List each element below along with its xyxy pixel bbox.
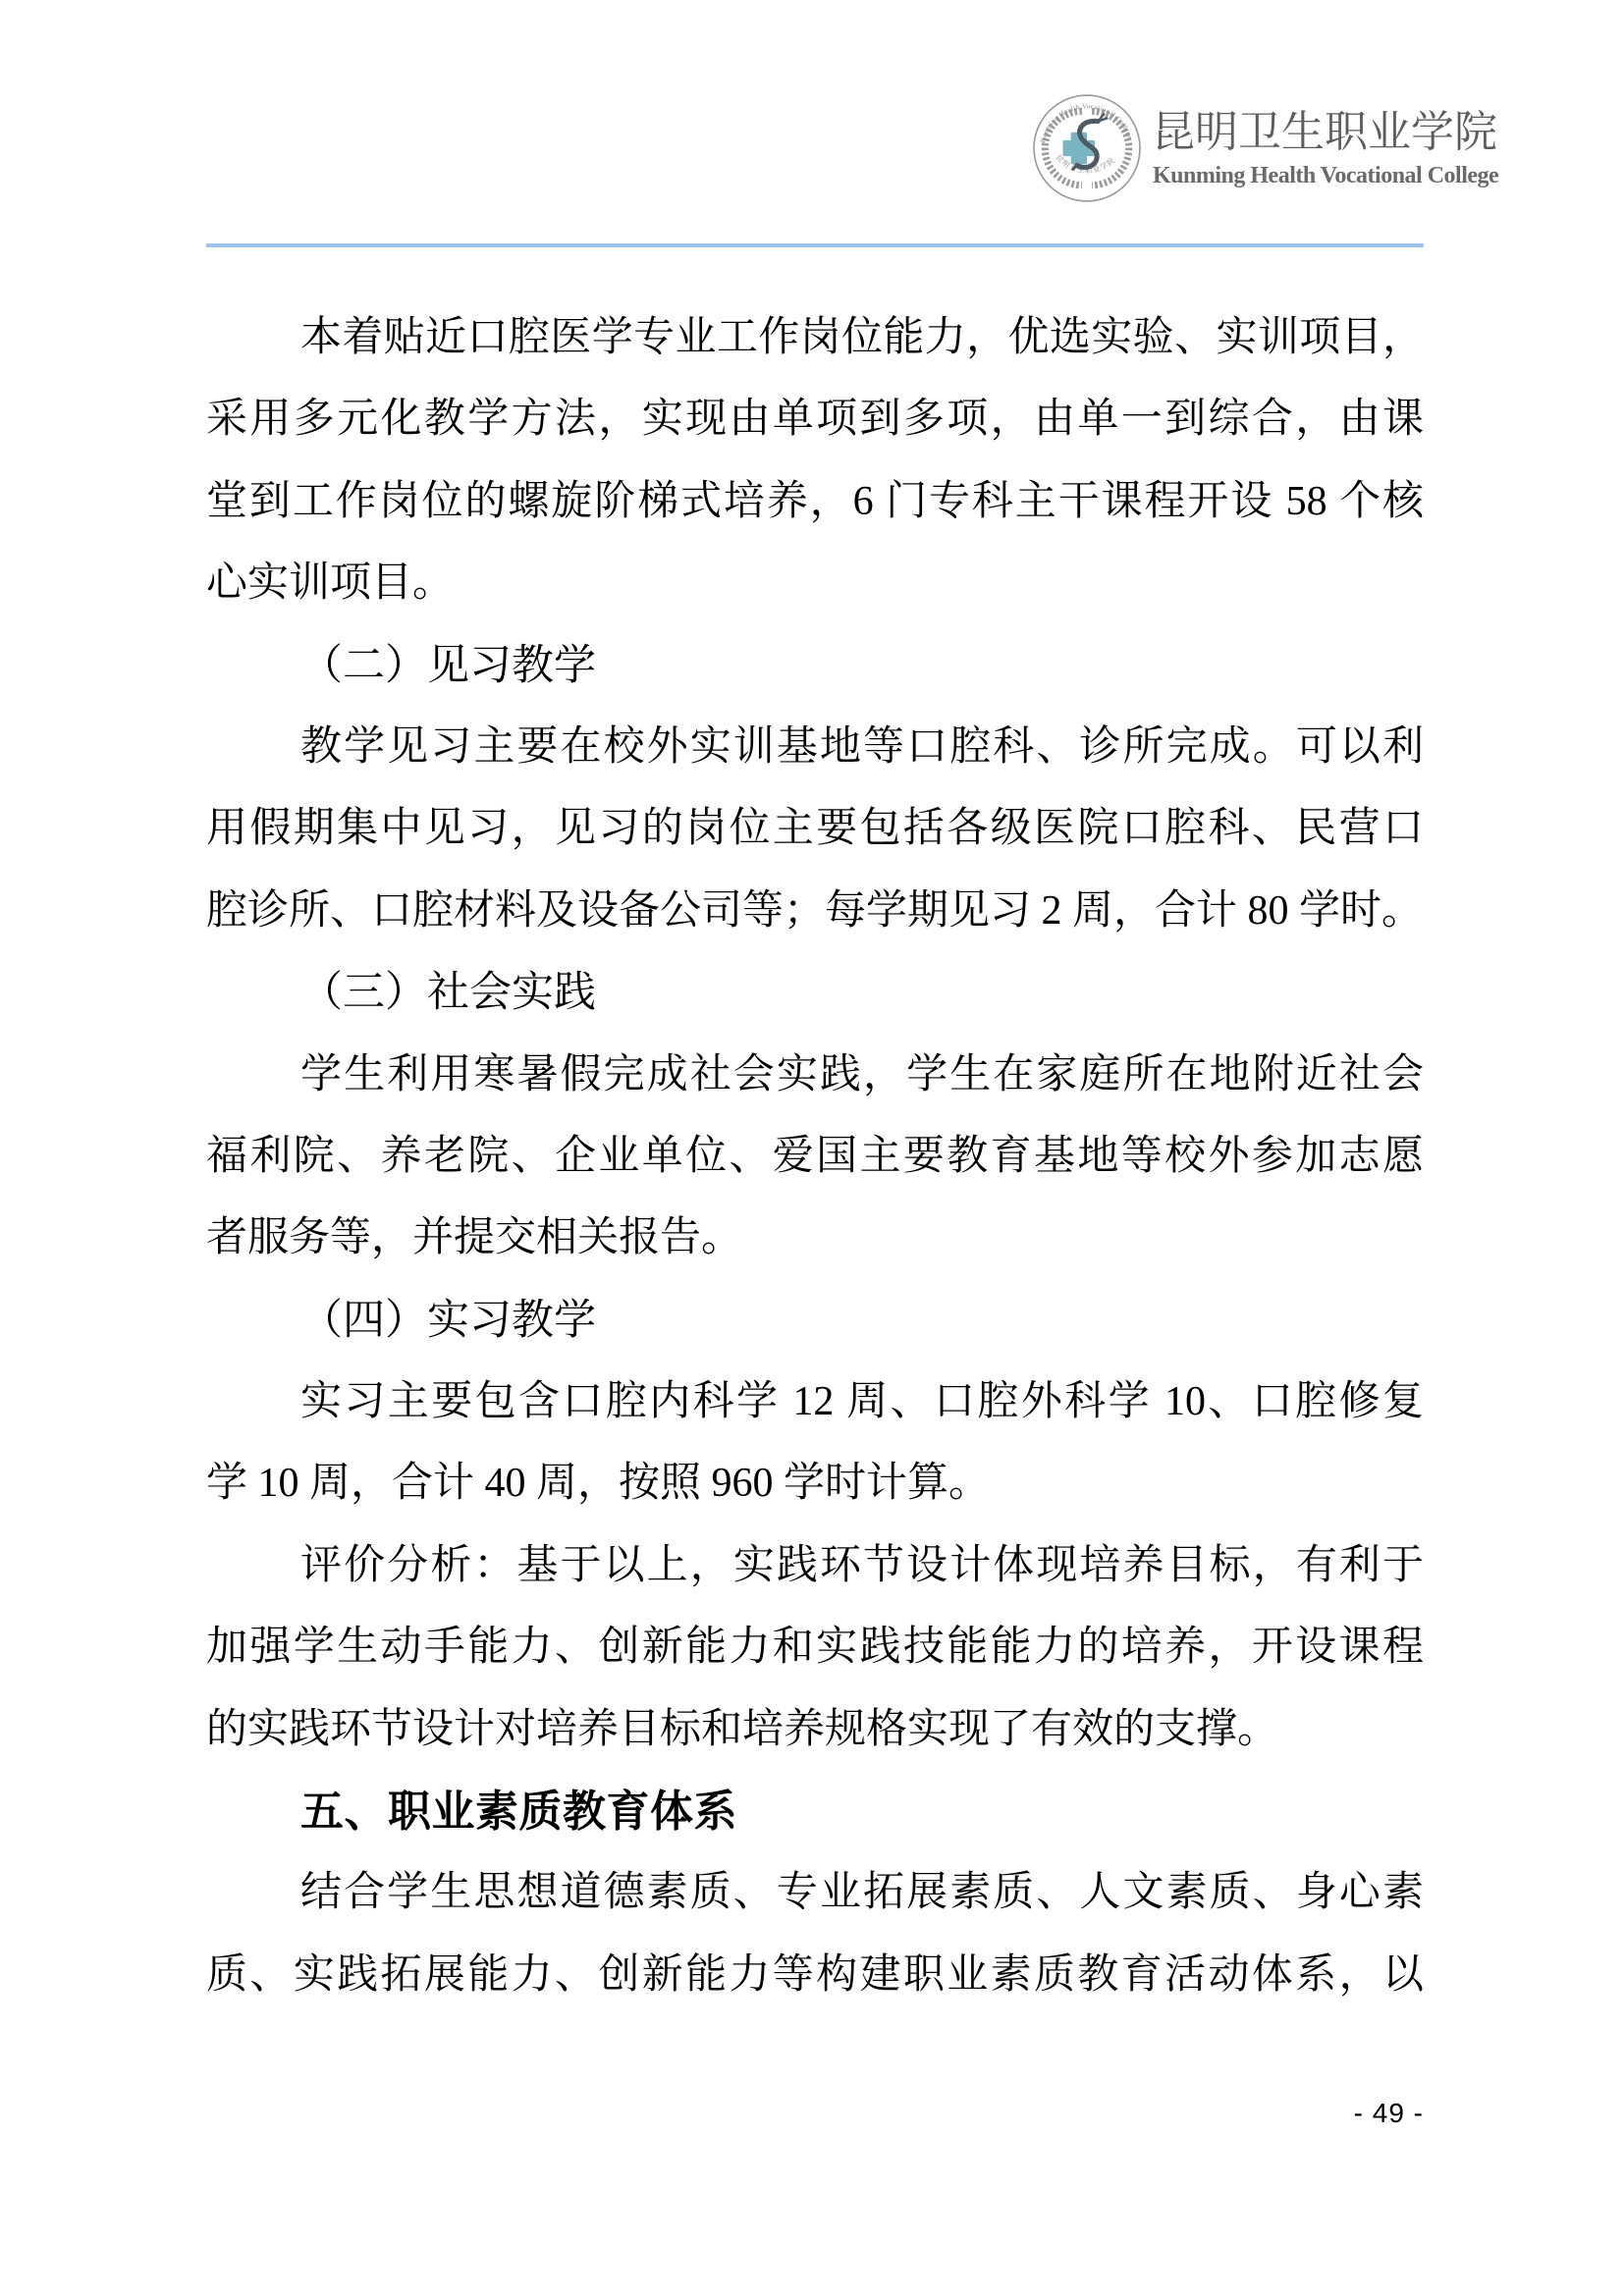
text-line: 者服务等，并提交相关报告。 <box>206 1198 1424 1279</box>
sub-heading: （四）实习教学 <box>206 1280 1424 1362</box>
paragraph: 本着贴近口腔医学专业工作岗位能力，优选实验、实训项目，采用多元化教学方法，实现由… <box>206 297 1424 625</box>
header-divider <box>206 243 1424 247</box>
text-line: 加强学生动手能力、创新能力和实践技能能力的培养，开设课程 <box>206 1607 1424 1688</box>
text-line: 结合学生思想道德素质、专业拓展素质、人文素质、身心素 <box>206 1852 1424 1934</box>
sub-heading: （二）见习教学 <box>206 625 1424 707</box>
text-line: 学 10 周，合计 40 周，按照 960 学时计算。 <box>206 1443 1424 1524</box>
document-body: 本着贴近口腔医学专业工作岗位能力，优选实验、实训项目，采用多元化教学方法，实现由… <box>206 297 1424 2016</box>
text-line: （四）实习教学 <box>206 1280 1424 1362</box>
paragraph: 实习主要包含口腔内科学 12 周、口腔外科学 10、口腔修复学 10 周，合计 … <box>206 1362 1424 1525</box>
college-name-chinese: 昆明卫生职业学院 <box>1152 102 1544 163</box>
text-line: （二）见习教学 <box>206 625 1424 707</box>
sub-heading: （三）社会实践 <box>206 952 1424 1034</box>
text-line: 采用多元化教学方法，实现由单项到多项，由单一到综合，由课 <box>206 379 1424 460</box>
text-line: 质、实践拓展能力、创新能力等构建职业素质教育活动体系，以 <box>206 1935 1424 2016</box>
text-line: 评价分析：基于以上，实践环节设计体现培养目标，有利于 <box>206 1525 1424 1607</box>
text-line: 心实训项目。 <box>206 543 1424 624</box>
text-line: 本着贴近口腔医学专业工作岗位能力，优选实验、实训项目， <box>206 297 1424 379</box>
college-seal-icon: Kunming Health Vocational College 昆明卫生职业… <box>1032 93 1142 203</box>
text-line: 五、职业素质教育体系 <box>206 1771 1424 1852</box>
paragraph: 教学见习主要在校外实训基地等口腔科、诊所完成。可以利用假期集中见习，见习的岗位主… <box>206 707 1424 952</box>
text-line: 堂到工作岗位的螺旋阶梯式培养，6 门专科主干课程开设 58 个核 <box>206 461 1424 543</box>
text-line: 实习主要包含口腔内科学 12 周、口腔外科学 10、口腔修复 <box>206 1362 1424 1443</box>
text-line: 学生利用寒暑假完成社会实践，学生在家庭所在地附近社会 <box>206 1035 1424 1116</box>
text-line: （三）社会实践 <box>206 952 1424 1034</box>
page-number: - 49 - <box>1354 2097 1424 2130</box>
text-line: 腔诊所、口腔材料及设备公司等；每学期见习 2 周，合计 80 学时。 <box>206 871 1424 952</box>
paragraph: 结合学生思想道德素质、专业拓展素质、人文素质、身心素质、实践拓展能力、创新能力等… <box>206 1852 1424 2016</box>
document-page: Kunming Health Vocational College 昆明卫生职业… <box>0 0 1624 2296</box>
text-line: 教学见习主要在校外实训基地等口腔科、诊所完成。可以利 <box>206 707 1424 788</box>
text-line: 福利院、养老院、企业单位、爱国主要教育基地等校外参加志愿 <box>206 1116 1424 1198</box>
paragraph: 评价分析：基于以上，实践环节设计体现培养目标，有利于加强学生动手能力、创新能力和… <box>206 1525 1424 1771</box>
text-line: 用假期集中见习，见习的岗位主要包括各级医院口腔科、民营口 <box>206 788 1424 870</box>
text-line: 的实践环节设计对培养目标和培养规格实现了有效的支撑。 <box>206 1689 1424 1771</box>
paragraph: 学生利用寒暑假完成社会实践，学生在家庭所在地附近社会福利院、养老院、企业单位、爱… <box>206 1035 1424 1280</box>
section-heading: 五、职业素质教育体系 <box>206 1771 1424 1852</box>
college-name-english: Kunming Health Vocational College <box>1153 161 1498 190</box>
